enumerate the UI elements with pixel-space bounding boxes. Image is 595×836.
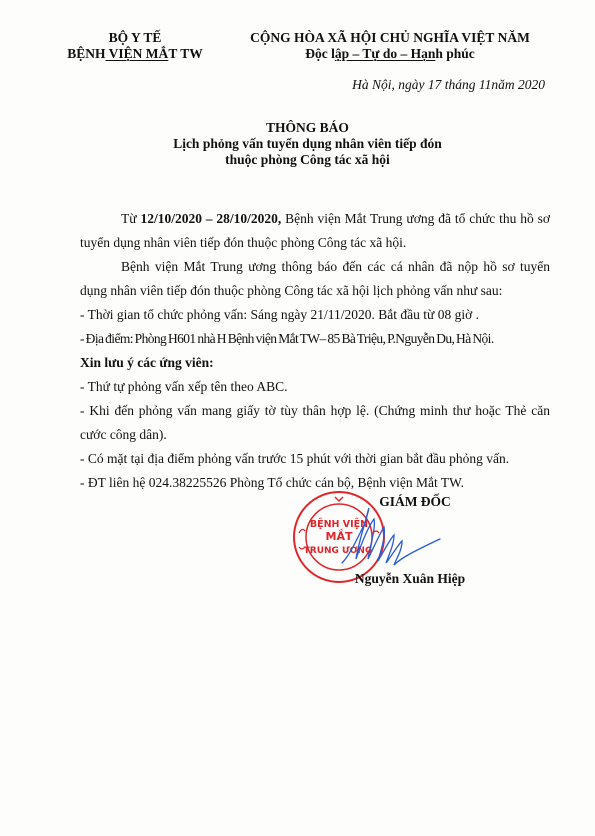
hospital-name-part: T TW [168,46,202,61]
notice-heading: THÔNG BÁO [60,120,555,136]
signer-name: Nguyễn Xuân Hiệp [340,571,480,587]
interview-location: - Địa điểm: Phòng H601 nhà H Bệnh viện M… [80,327,550,351]
motto-part: h phúc [435,46,474,61]
issuing-organization: BỘ Y TẾ BỆNH VIỆN MẮT TW [60,30,210,62]
signer-title: GIÁM ĐỐC [360,494,470,510]
notice-subtitle-2: thuộc phòng Công tác xã hội [60,152,555,168]
interview-time: - Thời gian tổ chức phỏng vấn: Sáng ngày… [80,303,550,327]
republic-name: CỘNG HÒA XÃ HỘI CHỦ NGHĨA VIỆT NĂM [225,30,555,46]
notice-body: Từ 12/10/2020 – 28/10/2020, Bệnh viện Mắ… [80,207,550,495]
place-date: Hà Nội, ngày 17 tháng 11năm 2020 [300,77,545,93]
national-motto: Độc lập – Tự do – Hạnh phúc [225,46,555,62]
hospital-name-part: BỆNH [67,46,105,61]
ministry-name: BỘ Y TẾ [60,30,210,46]
notice-subtitle-1: Lịch phỏng vấn tuyển dụng nhân viên tiếp… [60,136,555,152]
note-item: - Có mặt tại địa điểm phỏng vấn trước 15… [80,447,550,471]
motto-part: Độc l [305,46,335,61]
hospital-name-underlined: VIỆN MẮ [106,46,169,61]
notice-title-block: THÔNG BÁO Lịch phỏng vấn tuyển dụng nhân… [60,120,555,168]
hospital-name: BỆNH VIỆN MẮT TW [60,46,210,62]
application-period: 12/10/2020 – 28/10/2020, [140,211,281,226]
note-item: - Thứ tự phỏng vấn xếp tên theo ABC. [80,375,550,399]
notes-heading: Xin lưu ý các ứng viên: [80,351,550,375]
announcement-paragraph: Bệnh viện Mắt Trung ương thông báo đến c… [80,255,550,303]
intro-paragraph: Từ 12/10/2020 – 28/10/2020, Bệnh viện Mắ… [80,207,550,255]
national-header: CỘNG HÒA XÃ HỘI CHỦ NGHĨA VIỆT NĂM Độc l… [225,30,555,62]
note-item: - Khi đến phỏng vấn mang giấy tờ tùy thâ… [80,399,550,447]
motto-underlined: ập – Tự do – Hạn [335,46,436,61]
intro-prefix: Từ [121,211,140,226]
